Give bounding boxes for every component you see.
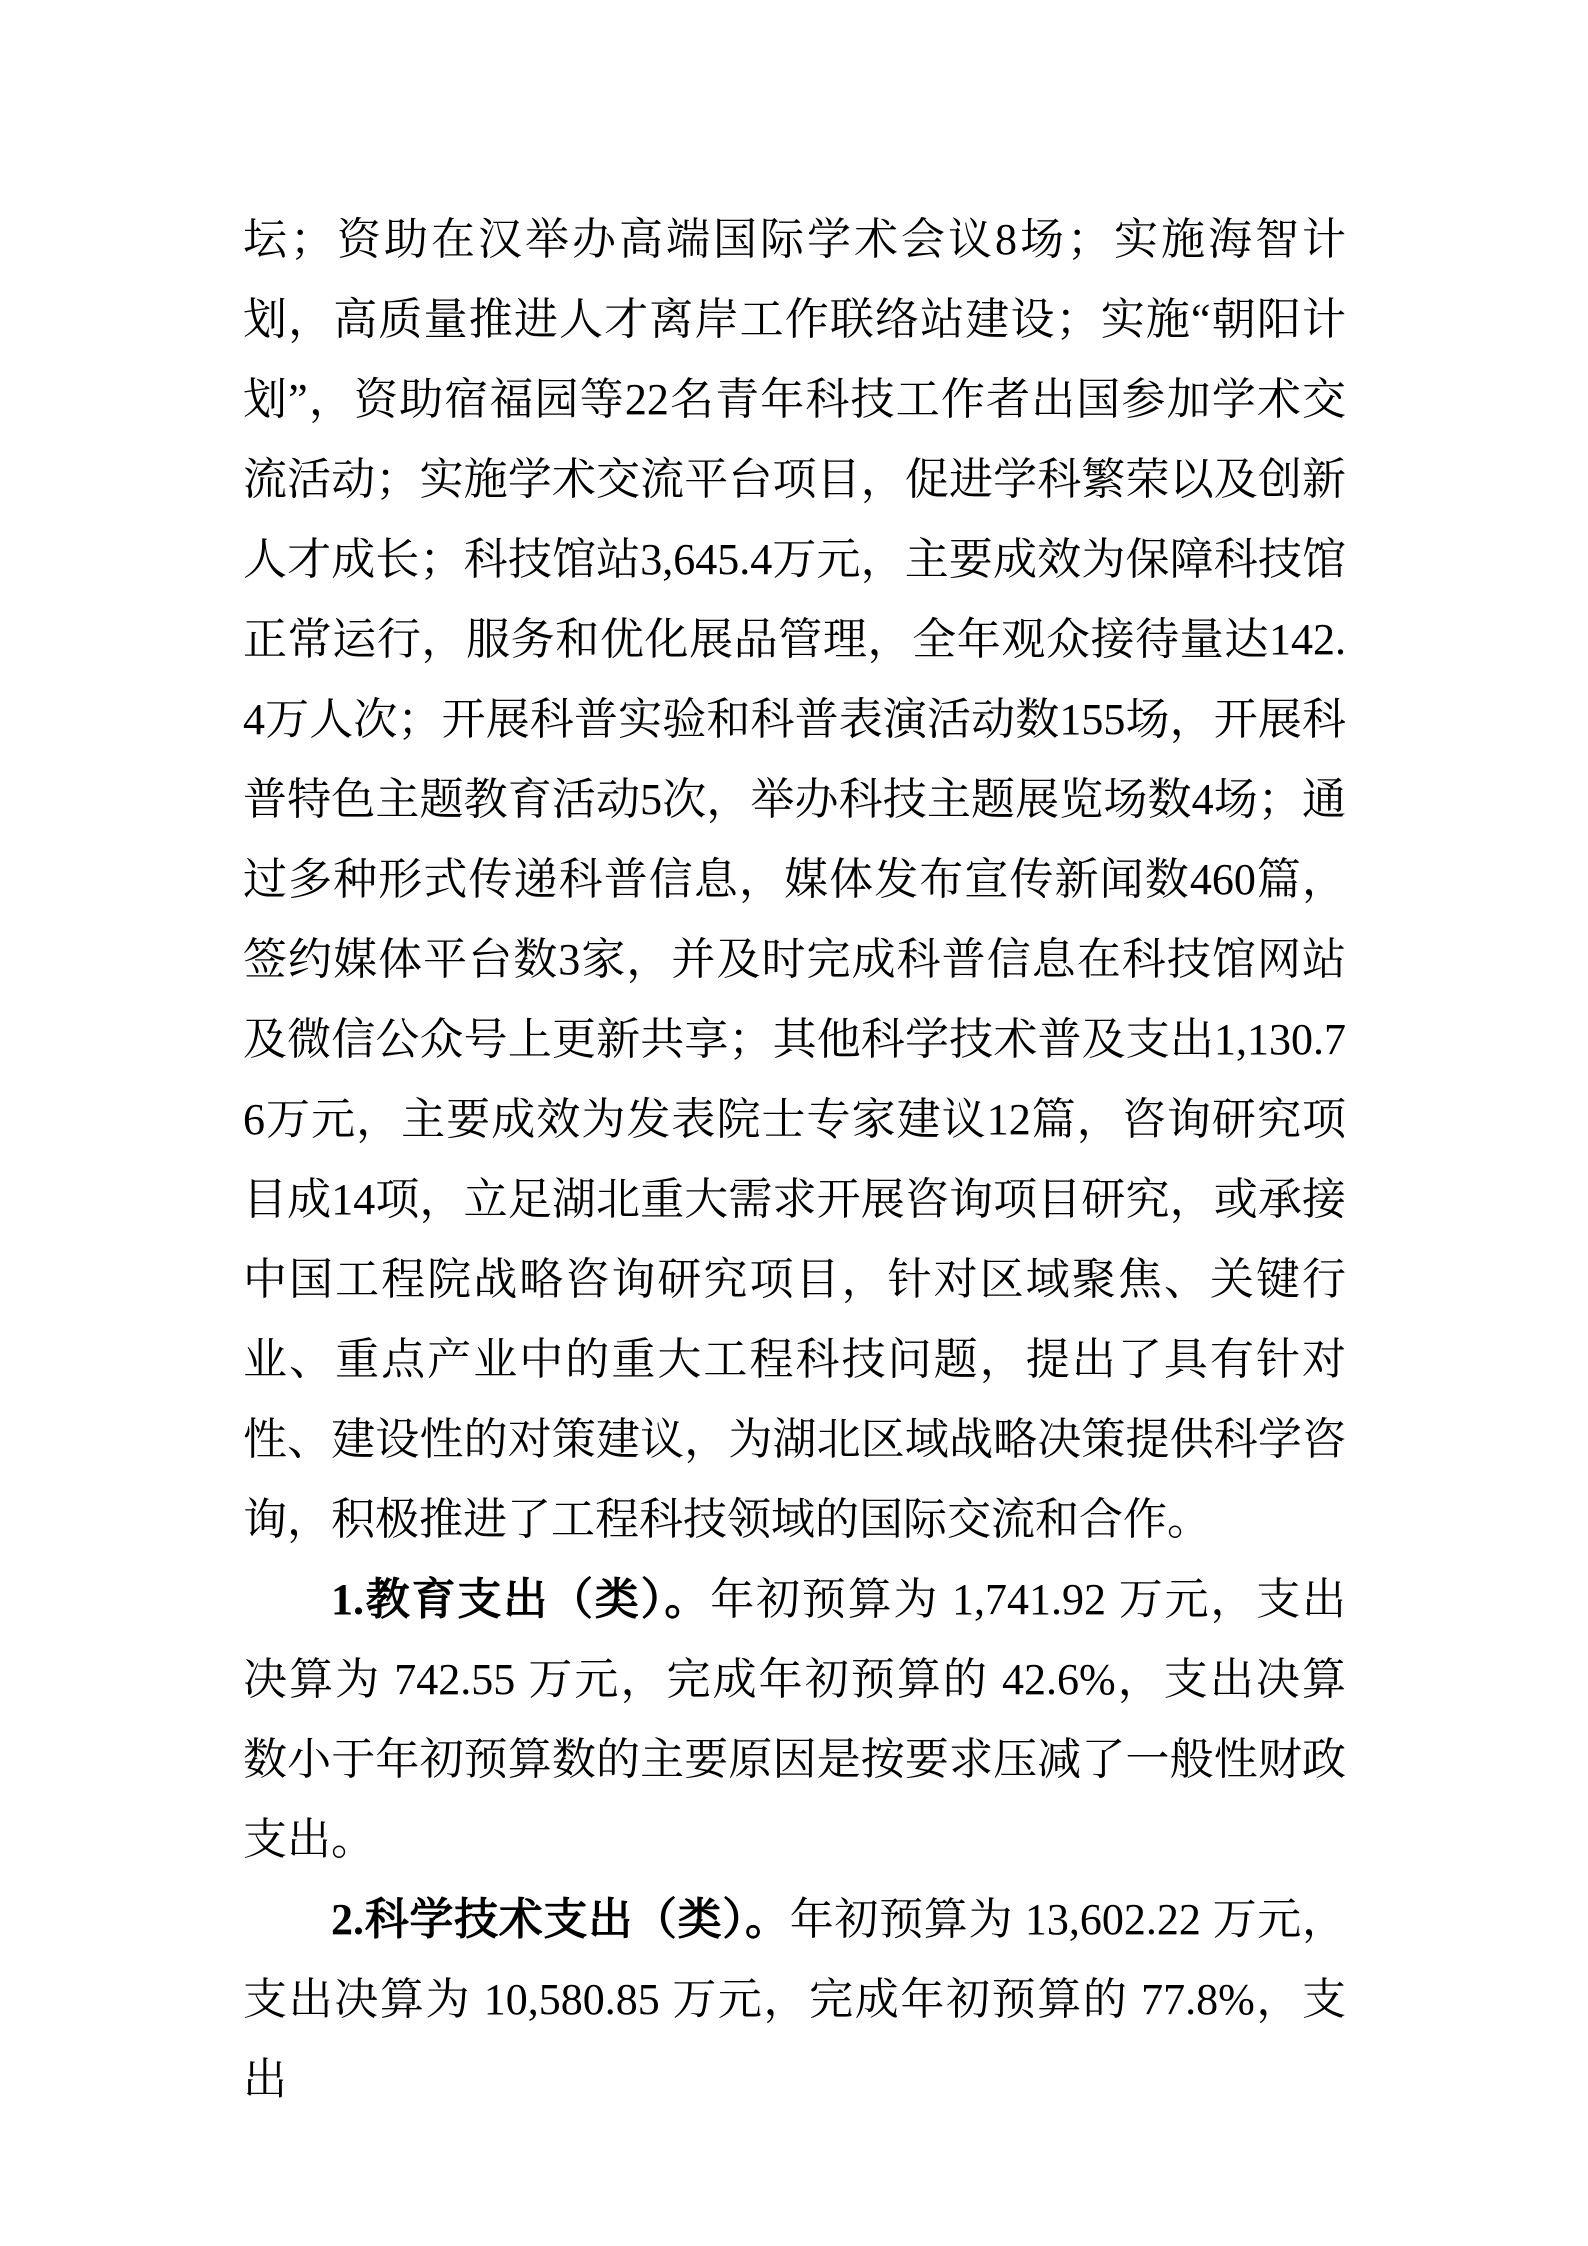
heading-education-expenditure: 1.教育支出（类）。 — [331, 1575, 710, 1624]
paragraph-science-expenditure: 2.科学技术支出（类）。年初预算为 13,602.22 万元，支出决算为 10,… — [243, 1880, 1346, 2120]
document-page: 坛；资助在汉举办高端国际学术会议8场；实施海智计划，高质量推进人才离岸工作联络站… — [0, 0, 1588, 2246]
paragraph-continuation: 坛；资助在汉举办高端国际学术会议8场；实施海智计划，高质量推进人才离岸工作联络站… — [243, 200, 1346, 1560]
paragraph-education-expenditure: 1.教育支出（类）。年初预算为 1,741.92 万元，支出决算为 742.55… — [243, 1560, 1346, 1880]
heading-science-expenditure: 2.科学技术支出（类）。 — [331, 1895, 790, 1944]
